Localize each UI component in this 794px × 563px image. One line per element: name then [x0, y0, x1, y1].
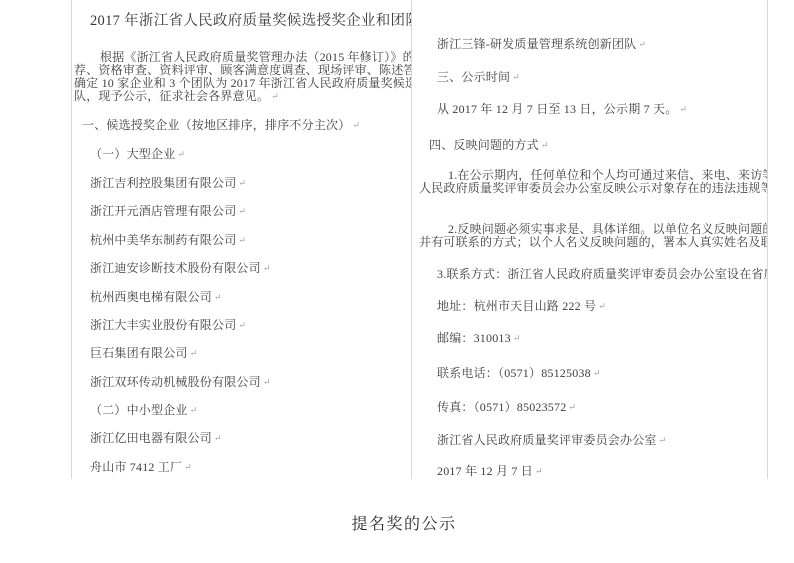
company-item: 浙江吉利控股集团有限公司↵ [74, 176, 411, 190]
return-mark-icon: ↵ [238, 235, 246, 245]
page-divider [411, 0, 412, 479]
section-three-heading: 三、公示时间↵ [419, 70, 767, 84]
feedback-item-1-line: 人民政府质量奖评审委员会办公室反映公示对象存在的违法违规等问题。↵ [419, 181, 767, 195]
publicity-period-line: 从 2017 年 12 月 7 日至 13 日，公示期 7 天。↵ [419, 102, 767, 116]
return-mark-icon: ↵ [184, 462, 192, 472]
contact-method-line: 3.联系方式：浙江省人民政府质量奖评审委员会办公室设在省质监局↵ [419, 267, 767, 281]
fax-line: 传真：（0571）85023572↵ [419, 400, 767, 414]
return-mark-icon: ↵ [190, 405, 198, 415]
return-mark-icon: ↵ [513, 333, 521, 343]
intro-paragraph-line: 确定 10 家企业和 3 个团队为 2017 年浙江省人民政府质量奖候选授奖企业… [74, 76, 411, 90]
subsection-large-heading: （一）大型企业↵ [74, 147, 411, 161]
return-mark-icon: ↵ [214, 433, 222, 443]
return-mark-icon: ↵ [568, 402, 576, 412]
return-mark-icon: ↵ [238, 206, 246, 216]
signature-line: 浙江省人民政府质量奖评审委员会办公室↵ [419, 433, 767, 447]
right-page: 浙江三锋-研发质量管理系统创新团队↵ 三、公示时间↵ 从 2017 年 12 月… [419, 0, 767, 479]
section-one-heading: 一、候选授奖企业（按地区排序，排序不分主次）↵ [74, 118, 411, 132]
company-item: 巨石集团有限公司↵ [74, 346, 411, 360]
company-item: 杭州西奥电梯有限公司↵ [74, 290, 411, 304]
footer-caption: 提名奖的公示 [0, 514, 794, 536]
company-item: 浙江亿田电器有限公司↵ [74, 431, 411, 445]
return-mark-icon: ↵ [263, 377, 271, 387]
company-item: 杭州中美华东制药有限公司↵ [74, 233, 411, 247]
intro-paragraph-line: 荐、资格审查、资料评审、顾客满意度调查、现场评审、陈述答辩等评审程序， [74, 63, 411, 77]
company-item: 浙江迪安诊断技术股份有限公司↵ [74, 261, 411, 275]
subsection-sme-heading: （二）中小型企业↵ [74, 403, 411, 417]
return-mark-icon: ↵ [598, 301, 606, 311]
return-mark-icon: ↵ [190, 348, 198, 358]
left-page: 2017 年浙江省人民政府质量奖候选授奖企业和团队公示↵ 根据《浙江省人民政府质… [74, 0, 411, 479]
return-mark-icon: ↵ [659, 435, 667, 445]
return-mark-icon: ↵ [238, 320, 246, 330]
document-title-text: 2017 年浙江省人民政府质量奖候选授奖企业和团队公示 [90, 13, 411, 29]
return-mark-icon: ↵ [535, 466, 543, 476]
return-mark-icon: ↵ [352, 120, 360, 130]
return-mark-icon: ↵ [541, 140, 549, 150]
phone-line: 联系电话：（0571）85125038↵ [419, 366, 767, 380]
feedback-item-2-line: 2.反映问题必须实事求是、具体详细。以单位名义反映问题的，应加盖公章 [419, 222, 767, 236]
company-item: 浙江大丰实业股份有限公司↵ [74, 318, 411, 332]
team-item: 浙江三锋-研发质量管理系统创新团队↵ [419, 37, 767, 51]
return-mark-icon: ↵ [263, 263, 271, 273]
return-mark-icon: ↵ [271, 91, 279, 101]
address-line: 地址：杭州市天目山路 222 号↵ [419, 299, 767, 313]
document-title: 2017 年浙江省人民政府质量奖候选授奖企业和团队公示↵ [74, 13, 411, 30]
return-mark-icon: ↵ [177, 149, 185, 159]
intro-paragraph-line: 队，现予公示，征求社会各界意见。↵ [74, 89, 411, 103]
section-four-heading: 四、反映问题的方式↵ [419, 138, 767, 152]
document-page: { "page": { "background": "#ffffff", "bo… [0, 0, 794, 563]
company-item: 浙江双环传动机械股份有限公司↵ [74, 375, 411, 389]
return-mark-icon: ↵ [593, 368, 601, 378]
intro-paragraph-line: 根据《浙江省人民政府质量奖管理办法（2015 年修订）》的规定，经申报推 [74, 50, 411, 64]
date-line: 2017 年 12 月 7 日↵ [419, 464, 767, 478]
feedback-item-2-line: 并有可联系的方式；以个人名义反映问题的，署本人真实姓名及联系电话。↵ [419, 235, 767, 249]
company-item: 舟山市 7412 工厂↵ [74, 460, 411, 474]
return-mark-icon: ↵ [238, 178, 246, 188]
footer-caption-text: 提名奖的公示 [351, 516, 456, 533]
company-item: 浙江开元酒店管理有限公司↵ [74, 204, 411, 218]
postcode-line: 邮编：310013↵ [419, 331, 767, 345]
feedback-item-1-line: 1.在公示期内，任何单位和个人均可通过来信、来电、来访等形式向浙江省 [419, 168, 767, 182]
right-page-border [767, 0, 768, 479]
return-mark-icon: ↵ [214, 292, 222, 302]
return-mark-icon: ↵ [679, 104, 687, 114]
return-mark-icon: ↵ [638, 39, 646, 49]
left-page-border [71, 0, 72, 479]
return-mark-icon: ↵ [512, 72, 520, 82]
